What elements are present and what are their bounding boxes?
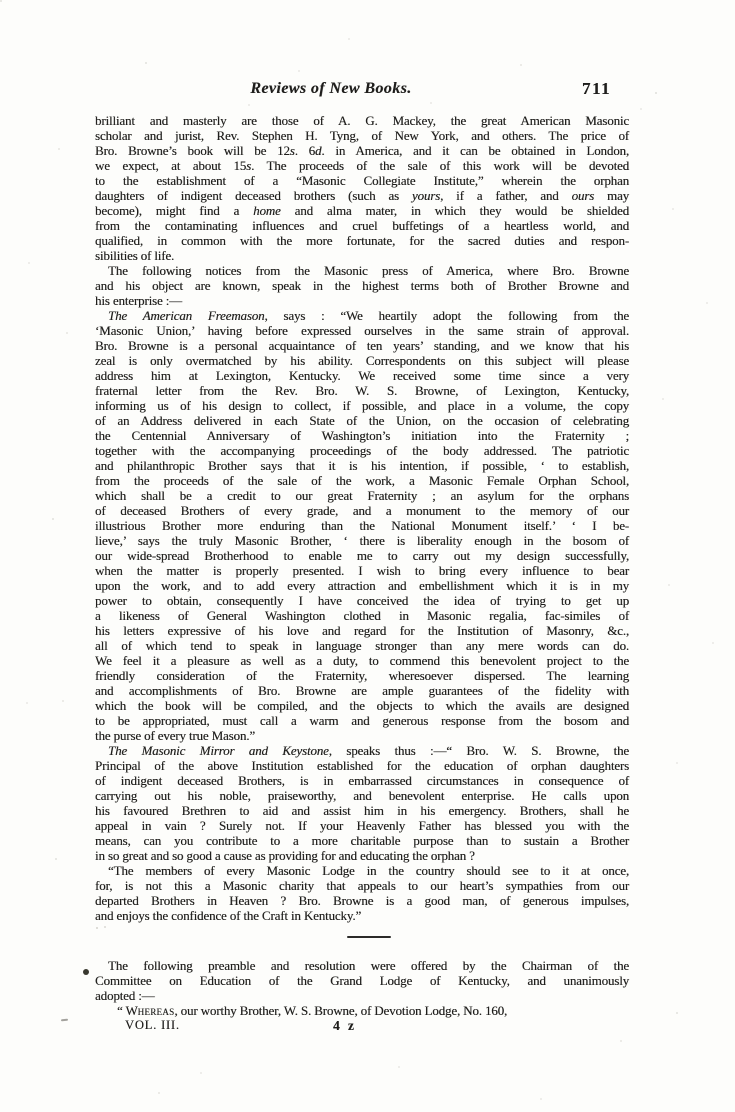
paragraph: brilliant and masterly are those of A. G… [95, 113, 629, 263]
text-line: The Masonic Mirror and Keystone, speaks … [95, 743, 629, 758]
text-line: The following notices from the Masonic p… [95, 263, 629, 278]
footer: VOL. III. 4 z [95, 1018, 629, 1033]
text-line: The American Freemason, says : “We heart… [95, 308, 629, 323]
margin-pencil-mark [61, 1019, 68, 1022]
text-line: The following preamble and resolution we… [95, 958, 629, 973]
text-line: Committee on Education of the Grand Lodg… [95, 973, 629, 988]
printer-signature-mark: 4 z [333, 1018, 354, 1033]
text-line: sibilities of life. [95, 248, 629, 263]
text-line: to be appropriated, must call a warm and… [95, 713, 629, 728]
section-divider [95, 923, 629, 958]
text-line: adopted :— [95, 988, 629, 1003]
text-line: fraternal letter from the Rev. Bro. W. S… [95, 383, 629, 398]
volume-label: VOL. III. [125, 1018, 180, 1033]
paragraph: The American Freemason, says : “We heart… [95, 308, 629, 743]
text-line: carrying out his noble, praiseworthy, an… [95, 788, 629, 803]
text-line: and his object are known, speak in the h… [95, 278, 629, 293]
text-line: zeal is only overmatched by his ability.… [95, 353, 629, 368]
text-line: Principal of the above Institution estab… [95, 758, 629, 773]
text-line: and enjoys the confidence of the Craft i… [95, 908, 629, 923]
margin-bullet-mark [83, 969, 89, 975]
text-line: illustrious Brother more enduring than t… [95, 518, 629, 533]
text-line: from the proceeds of the sale of the wor… [95, 473, 629, 488]
paragraph: The Masonic Mirror and Keystone, speaks … [95, 743, 629, 863]
text-line: the purse of every true Mason.” [95, 728, 629, 743]
text-line: his enterprise :— [95, 293, 629, 308]
text-line: friendly consideration of the Fraternity… [95, 668, 629, 683]
text-line: all of which tend to speak in language s… [95, 638, 629, 653]
text-line: a likeness of General Washington clothed… [95, 608, 629, 623]
text-line: We feel it a pleasure as well as a duty,… [95, 653, 629, 668]
page-number: 711 [582, 79, 611, 99]
text-line: and accomplishments of Bro. Browne are a… [95, 683, 629, 698]
text-line: which shall be a credit to our great Fra… [95, 488, 629, 503]
text-line: of an Address delivered in each State of… [95, 413, 629, 428]
section-divider-rule [347, 936, 391, 938]
text-line: power to obtain, consequently I have con… [95, 593, 629, 608]
text-line: departed Brothers in Heaven ? Bro. Brown… [95, 893, 629, 908]
text-line: daughters of indigent deceased brothers … [95, 188, 629, 203]
text-line: his letters expressive of his love and r… [95, 623, 629, 638]
scanned-book-page: Reviews of New Books. 711 brilliant and … [0, 0, 735, 1112]
running-header: Reviews of New Books. [95, 80, 629, 98]
text-line: brilliant and masterly are those of A. G… [95, 113, 629, 128]
text-line: become), might find a home and alma mate… [95, 203, 629, 218]
text-line: Bro. Browne is a personal acquaintance o… [95, 338, 629, 353]
text-line: when the matter is properly presented. I… [95, 563, 629, 578]
text-line: qualified, in common with the more fortu… [95, 233, 629, 248]
text-line: our wide-spread Brotherhood to enable me… [95, 548, 629, 563]
text-line: informing us of his design to collect, i… [95, 398, 629, 413]
paragraph: “ Whereas, our worthy Brother, W. S. Bro… [95, 1003, 629, 1018]
text-line: from the contaminating influences and cr… [95, 218, 629, 233]
text-line: his favoured Brethren to aid and assist … [95, 803, 629, 818]
text-line: the Centennial Anniversary of Washington… [95, 428, 629, 443]
text-line: which the book will be compiled, and the… [95, 698, 629, 713]
text-line: to the establishment of a “Masonic Colle… [95, 173, 629, 188]
text-line: upon the work, and to add every attracti… [95, 578, 629, 593]
text-line: and philanthropic Brother says that it i… [95, 458, 629, 473]
text-line: “The members of every Masonic Lodge in t… [95, 863, 629, 878]
text-line: together with the accompanying proceedin… [95, 443, 629, 458]
paragraph: The following notices from the Masonic p… [95, 263, 629, 308]
paragraph: “The members of every Masonic Lodge in t… [95, 863, 629, 923]
text-line: for, is not this a Masonic charity that … [95, 878, 629, 893]
text-line: ‘Masonic Union,’ having before expressed… [95, 323, 629, 338]
text-line: in so great and so good a cause as provi… [95, 848, 629, 863]
text-line: “ Whereas, our worthy Brother, W. S. Bro… [95, 1003, 629, 1018]
text-line: scholar and jurist, Rev. Stephen H. Tyng… [95, 128, 629, 143]
text-line: Bro. Browne’s book will be 12s. 6d. in A… [95, 143, 629, 158]
text-column: brilliant and masterly are those of A. G… [95, 113, 629, 1033]
text-line: lieve,’ says the truly Masonic Brother, … [95, 533, 629, 548]
body-text: brilliant and masterly are those of A. G… [95, 113, 629, 1018]
text-line: appeal in vain ? Surely not. If your Hea… [95, 818, 629, 833]
text-line: of indigent deceased Brothers, is in emb… [95, 773, 629, 788]
page-title: Reviews of New Books. [250, 80, 411, 97]
text-line: we expect, at about 15s. The proceeds of… [95, 158, 629, 173]
scan-noise [0, 0, 2, 2]
text-line: of deceased Brothers of every grade, and… [95, 503, 629, 518]
text-line: address him at Lexington, Kentucky. We r… [95, 368, 629, 383]
text-line: means, can you contribute to a more char… [95, 833, 629, 848]
paragraph: The following preamble and resolution we… [95, 958, 629, 1003]
